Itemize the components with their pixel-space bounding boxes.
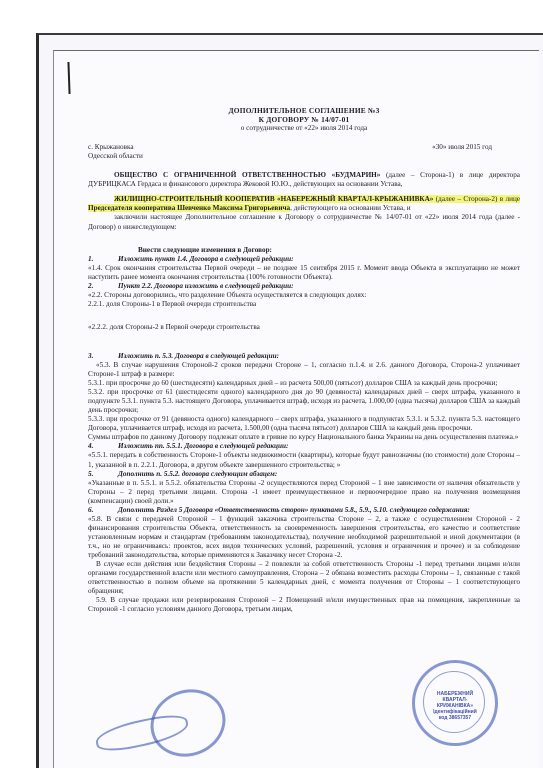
place-village: с. Крыжановка: [88, 143, 143, 152]
party2-paragraph: ЖИЛИЩНО-СТРОИТЕЛЬНЫЙ КООПЕРАТИВ «НАБЕРЕЖ…: [88, 195, 520, 213]
section-paragraph: «5.5.1. передать в собственность Стороне…: [88, 451, 520, 469]
document-subtitle: о сотрудничестве от «22» июля 2014 года: [88, 124, 520, 133]
section-heading: Дополнить п. 5.5.2. договора следующим а…: [118, 470, 277, 479]
section-heading: Изложить п. 5.3. Договора в следующей ре…: [118, 352, 279, 361]
stamp-text: НАБЕРЕЖНИЙ КВАРТАЛ- КРИЖАНІВКА» Ідентифі…: [425, 691, 485, 721]
section-number: 3.: [88, 352, 118, 361]
section-heading: Дополнить Раздел 5 Договора «Ответственн…: [118, 506, 470, 515]
section-paragraph: 5.3.2. при просрочке от 61 (шестидесяти …: [88, 388, 520, 415]
place-date-row: с. Крыжановка Одесской области «30» июля…: [88, 143, 520, 161]
section-2: 2.Пункт 2.2. Договора изложить в следующ…: [88, 282, 520, 352]
section-paragraph: В случае если действия или бездействия С…: [88, 560, 520, 596]
section-4: 4.Изложить пп. 5.5.1. Договора в следующ…: [88, 442, 520, 469]
section-number: 5.: [88, 470, 118, 479]
document-date: «30» июля 2015 год: [432, 143, 492, 161]
section-paragraph: «5.3. В случае нарушения Стороной-2 срок…: [88, 361, 520, 379]
section-number: 4.: [88, 442, 118, 451]
section-paragraph: 2.2.1. доля Стороны-1 в Первой очереди с…: [88, 300, 520, 309]
party2-mid: (далее – Сторона-2) в лице: [433, 195, 520, 203]
party2-details: , действующего на основании Устава, и: [290, 204, 410, 212]
section-number: 2.: [88, 282, 118, 291]
section-heading: Изложить пп. 5.5.1. Договора в следующей…: [118, 442, 288, 451]
section-3: 3.Изложить п. 5.3. Договора в следующей …: [88, 352, 520, 442]
section-1: 1.Изложить пункт 1.4. Договора в следующ…: [88, 255, 520, 282]
party1-name: ОБЩЕСТВО С ОГРАНИЧЕННОЙ ОТВЕТСТВЕННОСТЬЮ…: [114, 171, 380, 179]
section-paragraph: 5.3.1. при просрочке до 60 (шестидесяти)…: [88, 379, 520, 388]
place: с. Крыжановка Одесской области: [88, 143, 143, 161]
section-paragraph: 5.9. В случае продажи или резервирования…: [88, 596, 520, 614]
section-5: 5.Дополнить п. 5.5.2. договора следующим…: [88, 470, 520, 506]
section-number: 6.: [88, 506, 118, 515]
document-title-contract: К ДОГОВОРУ № 14/07-01: [88, 116, 520, 125]
party1-paragraph: ОБЩЕСТВО С ОГРАНИЧЕННОЙ ОТВЕТСТВЕННОСТЬЮ…: [88, 171, 520, 189]
section-paragraph: «Указанные в п. 5.5.1. и 5.5.2. обязател…: [88, 479, 520, 506]
section-heading: Пункт 2.2. Договора изложить в следующей…: [118, 282, 294, 291]
changes-heading: Внести следующие изменения в Договор:: [88, 246, 520, 255]
place-region: Одесской области: [88, 152, 143, 161]
company-stamp-cooperative: НАБЕРЕЖНИЙ КВАРТАЛ- КРИЖАНІВКА» Ідентифі…: [412, 660, 498, 746]
section-number: 1.: [88, 255, 118, 264]
section-paragraph: «1.4. Срок окончания строительства Перво…: [88, 264, 520, 282]
section-paragraph: 5.3.3. при просрочке от 91 (девяноста од…: [88, 415, 520, 433]
section-paragraph: «2.2. Стороны договорились, что разделен…: [88, 291, 520, 300]
intro-paragraph: заключили настоящее Дополнительное согла…: [88, 213, 520, 231]
section-heading: Изложить пункт 1.4. Договора в следующей…: [118, 255, 294, 264]
document-body: ДОПОЛНИТЕЛЬНОЕ СОГЛАШЕНИЕ №3 К ДОГОВОРУ …: [88, 107, 520, 614]
party2-representative: Председателя кооператива Шевченко Максим…: [88, 204, 290, 212]
party2-name: ЖИЛИЩНО-СТРОИТЕЛЬНЫЙ КООПЕРАТИВ «НАБЕРЕЖ…: [114, 195, 433, 203]
section-paragraph: «2.2.2. доля Стороны-2 в Первой очереди …: [88, 323, 520, 332]
section-paragraph: «5.8. В связи с передачей Стороной – 1 ф…: [88, 515, 520, 560]
section-6: 6.Дополнить Раздел 5 Договора «Ответстве…: [88, 506, 520, 615]
